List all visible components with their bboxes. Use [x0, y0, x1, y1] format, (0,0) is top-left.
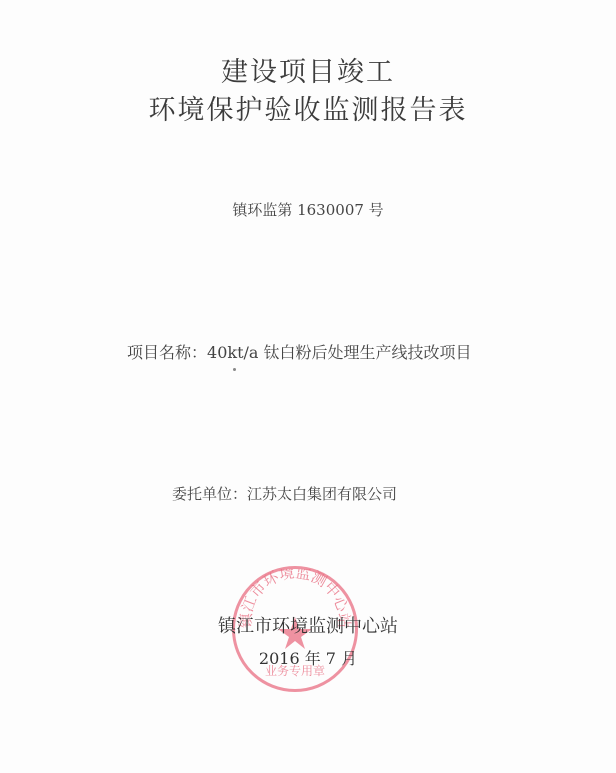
issuing-organization: 镇江市环境监测中心站	[0, 612, 616, 638]
report-number: 镇环监第 1630007 号	[0, 199, 616, 220]
client-label: 委托单位：	[172, 485, 247, 503]
project-name-row: 项目名称：40kt/a 钛白粉后处理生产线技改项目	[127, 340, 472, 363]
client-row: 委托单位：江苏太白集团有限公司	[172, 483, 397, 504]
report-cover-page: 建设项目竣工 环境保护验收监测报告表 镇环监第 1630007 号 项目名称：4…	[0, 0, 616, 773]
client-name: 江苏太白集团有限公司	[247, 485, 397, 503]
title-line-1: 建设项目竣工	[0, 50, 616, 89]
report-date: 2016 年 7 月	[0, 646, 616, 669]
project-label: 项目名称：	[127, 343, 207, 362]
title-line-2: 环境保护验收监测报告表	[0, 88, 616, 127]
scan-speck	[233, 368, 236, 371]
project-name: 40kt/a 钛白粉后处理生产线技改项目	[207, 343, 472, 362]
